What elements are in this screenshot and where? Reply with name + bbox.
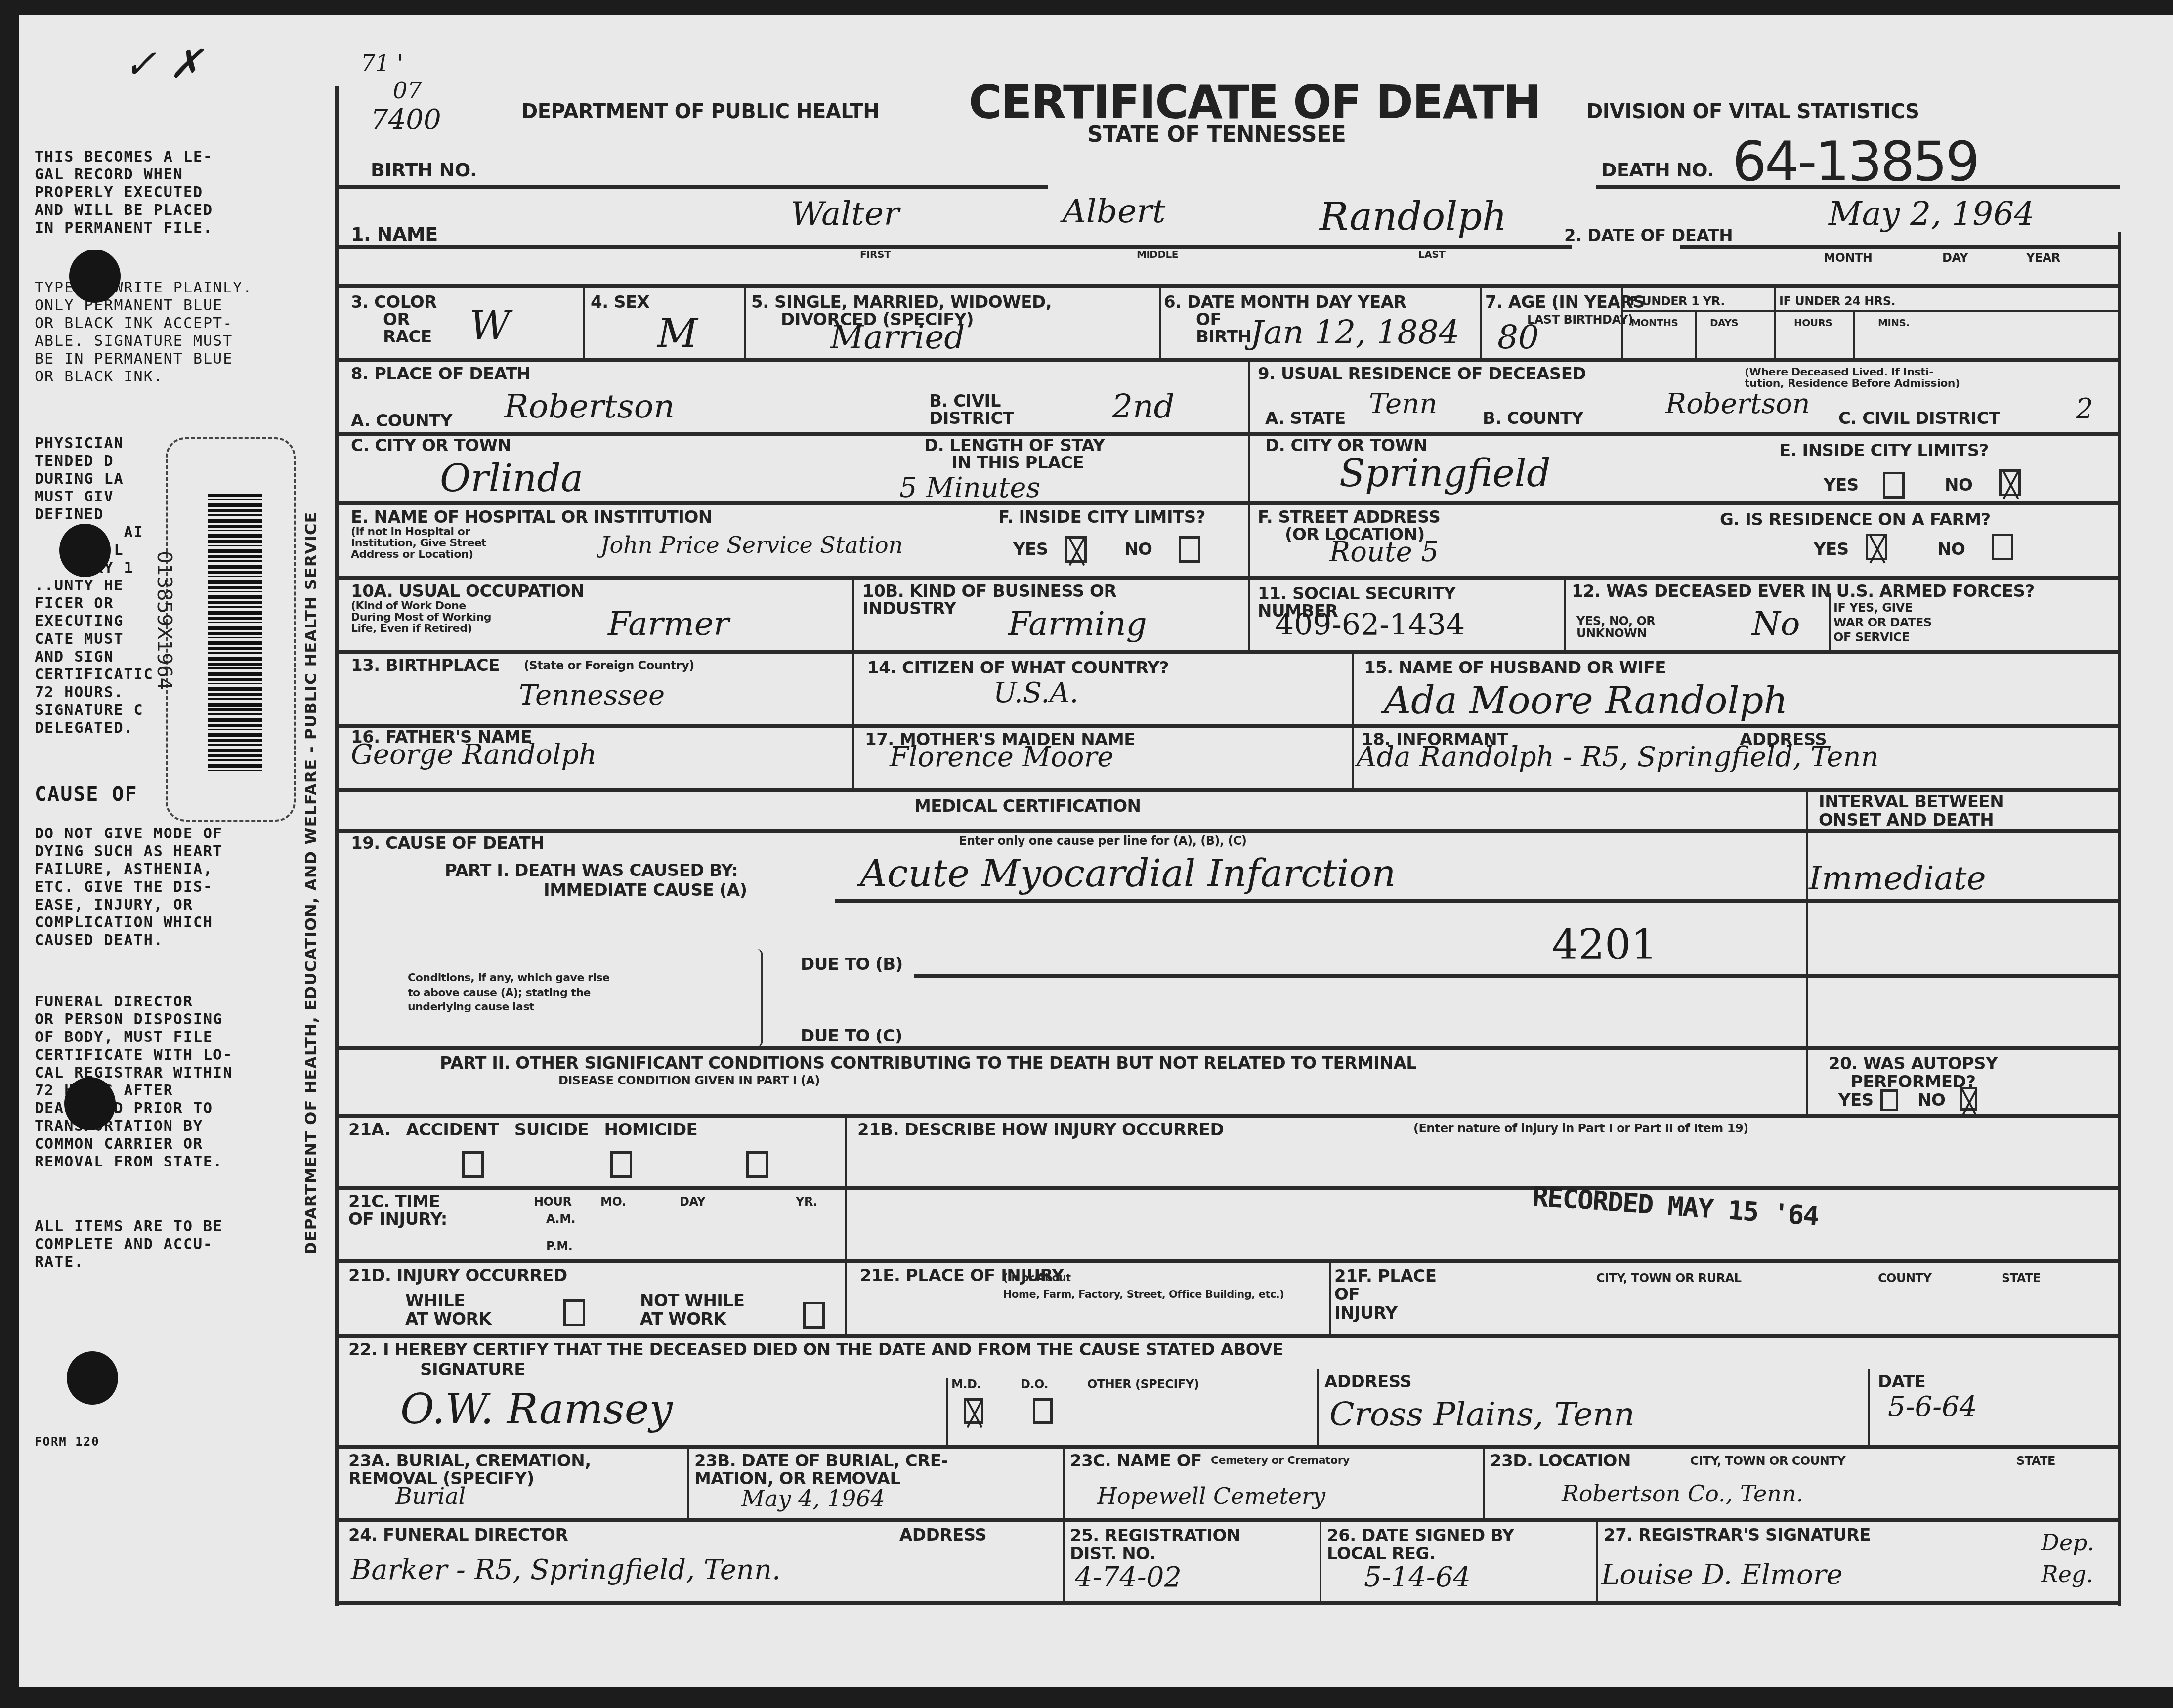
- death-city: Orlinda: [440, 459, 583, 497]
- birthplace: Tennessee: [519, 682, 665, 709]
- punch-hole: [59, 524, 111, 577]
- registrar-signature: Louise D. Elmore: [1601, 1561, 1843, 1589]
- divider: [1853, 311, 1855, 361]
- suicide-checkbox[interactable]: [610, 1151, 632, 1178]
- cemetery-note: Cemetery or Crematory: [1211, 1455, 1350, 1466]
- injury-occurred-label: 21D. INJURY OCCURRED: [348, 1267, 567, 1285]
- autopsy-no-checkbox[interactable]: [1960, 1087, 1977, 1111]
- funeral-director-label: 24. FUNERAL DIRECTOR: [348, 1527, 568, 1544]
- usual-residence-label: 9. USUAL RESIDENCE OF DECEASED: [1258, 366, 1586, 383]
- barcode-number: 013859X1964: [153, 551, 175, 690]
- rule: [336, 1114, 2120, 1118]
- divider: [1774, 287, 1776, 361]
- hospital-label: E. NAME OF HOSPITAL OR INSTITUTION: [351, 509, 712, 527]
- conditions-note: Conditions, if any, which gave rise to a…: [408, 971, 609, 1015]
- inside-city-label: F. INSIDE CITY LIMITS?: [998, 509, 1205, 527]
- birth-date-birth: BIRTH: [1196, 329, 1251, 346]
- while-at-work-checkbox[interactable]: [563, 1299, 585, 1326]
- citizen-label: 14. CITIZEN OF WHAT COUNTRY?: [867, 660, 1169, 677]
- birth-date-label: 6. DATE MONTH DAY YEAR: [1164, 294, 1406, 312]
- color-label-3: RACE: [383, 329, 432, 346]
- month-label: MONTH: [1824, 252, 1872, 264]
- punch-hole: [67, 1351, 118, 1405]
- death-no-label: DEATH NO.: [1601, 161, 1714, 180]
- do-label: D.O.: [1021, 1378, 1048, 1391]
- residence-civil-district-label: C. CIVIL DISTRICT: [1838, 410, 2000, 428]
- location-state-label: STATE: [2016, 1455, 2055, 1467]
- marital-label-1: 5. SINGLE, MARRIED, WIDOWED,: [751, 294, 1052, 312]
- legal-record-notice: THIS BECOMES A LE- GAL RECORD WHEN PROPE…: [35, 148, 213, 237]
- civil-district-label-1: B. CIVIL: [929, 393, 1001, 411]
- rule: [336, 245, 1572, 249]
- middle-label: MIDDLE: [1137, 250, 1178, 260]
- father-name: George Randolph: [351, 741, 597, 769]
- divider: [1483, 1448, 1485, 1521]
- divider: [1806, 1047, 1808, 1117]
- armed-forces-value: No: [1752, 608, 1800, 640]
- handwritten-check-mark: ✓ ✗: [124, 44, 203, 84]
- divider: [687, 1448, 689, 1521]
- rule: [336, 788, 2120, 792]
- bracket: [756, 949, 763, 1047]
- divider: [744, 287, 746, 361]
- last-name: Randolph: [1320, 198, 1507, 236]
- state-label: STATE OF TENNESSEE: [1087, 124, 1346, 146]
- year-label: YEAR: [2026, 252, 2060, 264]
- rule: [336, 1186, 2120, 1190]
- registration-dist: 4-74-02: [1075, 1564, 1182, 1591]
- place-of-injury-f-label: 21F. PLACE OF INJURY: [1334, 1267, 1436, 1323]
- rule: [336, 1518, 2120, 1522]
- residence-inside-no-checkbox[interactable]: [1999, 469, 2021, 496]
- farm-yes-checkbox[interactable]: [1866, 534, 1887, 560]
- cause-of-heading: CAUSE OF: [35, 786, 138, 803]
- disposition-label: 23A. BURIAL, CREMATION, REMOVAL (SPECIFY…: [348, 1453, 591, 1488]
- md-label: M.D.: [951, 1378, 981, 1391]
- divider: [1320, 1521, 1321, 1605]
- hour-label: HOUR: [534, 1196, 571, 1208]
- punch-hole: [64, 1077, 116, 1130]
- rule: [336, 576, 2120, 580]
- certifier-address-label: ADDRESS: [1324, 1374, 1411, 1391]
- injury-description-note: (Enter nature of injury in Part I or Par…: [1413, 1123, 1748, 1135]
- interval-a: Immediate: [1809, 862, 1986, 895]
- armed-forces-sublabel: YES, NO, OR UNKNOWN: [1576, 615, 1655, 640]
- handwritten-mark-2: 07: [393, 79, 422, 102]
- divider: [1868, 1369, 1870, 1448]
- rule: [336, 1046, 2120, 1050]
- under-1yr-label: IF UNDER 1 YR.: [1626, 295, 1725, 308]
- ink-notice: TYPE OR WRITE PLAINLY. ONLY PERMANENT BL…: [35, 279, 253, 386]
- color-value: W: [469, 306, 510, 346]
- death-number: 64-13859: [1732, 133, 1978, 191]
- months-label: MONTHS: [1631, 318, 1678, 328]
- funeral-director-address-label: ADDRESS: [899, 1527, 986, 1544]
- day-label: DAY: [1942, 252, 1968, 264]
- am-label: A.M.: [546, 1213, 575, 1225]
- funeral-director-notice: FUNERAL DIRECTOR OR PERSON DISPOSING OF …: [35, 993, 233, 1171]
- form-left-border: [335, 86, 339, 1606]
- burial-date-label: 23B. DATE OF BURIAL, CRE- MATION, OR REM…: [694, 1453, 948, 1488]
- part1-label-1: PART I. DEATH WAS CAUSED BY:: [445, 862, 738, 880]
- handwritten-mark-1: 71 ': [361, 52, 403, 75]
- farm-no-label: NO: [1937, 541, 1965, 559]
- cause-code: 4201: [1552, 924, 1658, 965]
- ssn-label-1: 11. SOCIAL SECURITY: [1258, 585, 1455, 603]
- signature-label: SIGNATURE: [420, 1361, 525, 1379]
- day-label-21c: DAY: [680, 1196, 705, 1208]
- mins-label: MINS.: [1878, 318, 1910, 328]
- residence-county: Robertson: [1665, 390, 1810, 418]
- color-label-1: 3. COLOR: [351, 294, 437, 312]
- other-specify-label: OTHER (SPECIFY): [1087, 1378, 1199, 1391]
- handwritten-mark-3: 7400: [371, 106, 441, 134]
- date-of-death-label: 2. DATE OF DEATH: [1564, 227, 1733, 245]
- location-label: 23D. LOCATION: [1490, 1453, 1631, 1470]
- while-at-work-label: WHILE AT WORK: [405, 1292, 491, 1329]
- armed-forces-label: 12. WAS DECEASED EVER IN U.S. ARMED FORC…: [1572, 583, 2035, 601]
- farm-no-checkbox[interactable]: [1992, 534, 2013, 560]
- color-label-2: OR: [383, 311, 410, 329]
- interval-label: INTERVAL BETWEEN ONSET AND DEATH: [1819, 793, 2003, 830]
- divider: [852, 578, 854, 791]
- pm-label: P.M.: [546, 1240, 572, 1252]
- business-label-1: 10B. KIND OF BUSINESS OR: [862, 583, 1116, 601]
- registrar-signature-label: 27. REGISTRAR'S SIGNATURE: [1604, 1527, 1871, 1544]
- occupation-label: 10A. USUAL OCCUPATION: [351, 583, 584, 601]
- first-name: Walter: [791, 198, 899, 230]
- marital-value: Married: [830, 321, 965, 354]
- length-of-stay-label-1: D. LENGTH OF STAY: [924, 437, 1105, 455]
- sex-value: M: [657, 314, 698, 353]
- do-checkbox[interactable]: [1033, 1398, 1053, 1424]
- injury-description-label: 21B. DESCRIBE HOW INJURY OCCURRED: [857, 1122, 1224, 1139]
- county-label: A. COUNTY: [351, 413, 452, 430]
- manner-label: 21A. ACCIDENT SUICIDE HOMICIDE: [348, 1122, 697, 1139]
- citizenship: U.S.A.: [993, 679, 1078, 707]
- length-of-stay-label-2: IN THIS PLACE: [951, 455, 1084, 472]
- mother-name: Florence Moore: [890, 744, 1113, 771]
- residence-city: Springfield: [1339, 455, 1551, 492]
- usual-residence-note: (Where Deceased Lived. If Insti- tution,…: [1745, 367, 1960, 389]
- part2-label: PART II. OTHER SIGNIFICANT CONDITIONS CO…: [440, 1055, 1416, 1073]
- due-to-c-label: DUE TO (C): [801, 1028, 902, 1045]
- sex-label: 4. SEX: [591, 294, 649, 312]
- rule: [914, 974, 2120, 978]
- first-label: FIRST: [860, 250, 891, 260]
- cemetery-label: 23C. NAME OF: [1070, 1453, 1202, 1470]
- injury-state-label: STATE: [2002, 1272, 2041, 1285]
- divider: [1248, 361, 1250, 578]
- birth-no-label: BIRTH NO.: [371, 161, 477, 180]
- time-of-injury-label: 21C. TIME OF INJURY:: [348, 1193, 447, 1228]
- last-label: LAST: [1418, 250, 1445, 260]
- birthplace-note: (State or Foreign Country): [524, 660, 694, 672]
- rule: [336, 1334, 2120, 1338]
- death-city-label: C. CITY OR TOWN: [351, 437, 511, 455]
- divider: [946, 1378, 948, 1448]
- injury-city-label: CITY, TOWN OR RURAL: [1596, 1272, 1742, 1285]
- divider: [1564, 578, 1566, 652]
- location-city-label: CITY, TOWN OR COUNTY: [1690, 1455, 1845, 1467]
- physician-signature: O.W. Ramsey: [400, 1388, 673, 1430]
- injury-county-label: COUNTY: [1878, 1272, 1931, 1285]
- age-label-2: LAST BIRTHDAY): [1527, 314, 1633, 326]
- not-while-at-work-label: NOT WHILE AT WORK: [640, 1292, 744, 1329]
- residence-inside-yes-label: YES: [1824, 477, 1859, 495]
- business: Farming: [1008, 608, 1147, 640]
- informant: Ada Randolph - R5, Springfield, Tenn: [1357, 744, 1879, 771]
- inside-city-yes-checkbox[interactable]: [1065, 536, 1087, 563]
- divider: [1317, 1369, 1319, 1448]
- rule: [336, 724, 2120, 728]
- days-label: DAYS: [1710, 318, 1738, 328]
- residence-inside-city-label: E. INSIDE CITY LIMITS?: [1779, 442, 1989, 460]
- certificate-title: CERTIFICATE OF DEATH: [969, 79, 1540, 127]
- all-items-notice: ALL ITEMS ARE TO BE COMPLETE AND ACCU- R…: [35, 1218, 223, 1271]
- registration-dist-label: 25. REGISTRATION DIST. NO.: [1070, 1527, 1240, 1564]
- residence-state: Tenn: [1369, 390, 1437, 418]
- place-of-injury-note: (In or About Home, Farm, Factory, Street…: [860, 1270, 1284, 1303]
- divider: [1329, 1261, 1331, 1337]
- rule: [1621, 310, 2120, 312]
- cause-of-death-label: 19. CAUSE OF DEATH: [351, 835, 544, 853]
- autopsy-label: 20. WAS AUTOPSY PERFORMED?: [1829, 1055, 1998, 1092]
- divider: [1159, 287, 1161, 361]
- autopsy-yes-checkbox[interactable]: [1880, 1089, 1898, 1111]
- punch-hole: [69, 250, 121, 303]
- residence-state-label: A. STATE: [1265, 410, 1346, 428]
- divider: [845, 1117, 847, 1336]
- rule: [336, 1601, 2120, 1605]
- cause-instruction: Enter only one cause per line for (A), (…: [959, 835, 1247, 847]
- not-while-at-work-checkbox[interactable]: [803, 1302, 825, 1329]
- date-signed-label: 26. DATE SIGNED BY LOCAL REG.: [1327, 1527, 1514, 1564]
- cemetery: Hopewell Cemetery: [1097, 1485, 1325, 1507]
- divider: [1621, 287, 1623, 361]
- date-of-death: May 2, 1964: [1829, 198, 2035, 230]
- hospital-value: John Price Service Station: [600, 534, 903, 556]
- funeral-director: Barker - R5, Springfield, Tenn.: [351, 1556, 781, 1584]
- physician-notice: PHYSICIAN TENDED D DURING LA MUST GIV DE…: [35, 435, 154, 737]
- farm-yes-label: YES: [1814, 541, 1849, 559]
- inside-city-no-checkbox[interactable]: [1179, 536, 1200, 563]
- rule: [336, 1259, 2120, 1263]
- birthplace-label: 13. BIRTHPLACE: [351, 657, 500, 675]
- street-address: Route 5: [1329, 539, 1439, 566]
- registrar-suffix: Dep. Reg.: [2041, 1527, 2110, 1590]
- autopsy-yes-label: YES: [1838, 1092, 1874, 1110]
- date-signed: 5-14-64: [1364, 1564, 1471, 1591]
- birth-date-of: OF: [1196, 311, 1221, 329]
- md-checkbox[interactable]: [964, 1398, 983, 1424]
- cause-notice: DO NOT GIVE MODE OF DYING SUCH AS HEART …: [35, 825, 223, 950]
- street-address-label-1: F. STREET ADDRESS: [1258, 509, 1440, 527]
- farm-label: G. IS RESIDENCE ON A FARM?: [1720, 511, 1991, 529]
- divider: [1352, 726, 1354, 791]
- certifier-address: Cross Plains, Tenn: [1329, 1398, 1635, 1431]
- divider: [1829, 593, 1831, 652]
- certify-label: 22. I HEREBY CERTIFY THAT THE DECEASED D…: [348, 1341, 1283, 1359]
- inside-city-yes-label: YES: [1013, 541, 1048, 559]
- spouse-label: 15. NAME OF HUSBAND OR WIFE: [1364, 660, 1666, 677]
- part1-label-2: IMMEDIATE CAUSE (A): [544, 882, 747, 900]
- rule: [336, 829, 2120, 833]
- rule: [336, 650, 2120, 654]
- rule: [336, 358, 2120, 362]
- spouse-name: Ada Moore Randolph: [1384, 682, 1788, 719]
- cert-date: 5-6-64: [1888, 1393, 1977, 1421]
- ssn: 409-62-1434: [1275, 610, 1465, 640]
- rule: [336, 185, 1048, 189]
- residence-inside-yes-checkbox[interactable]: [1883, 472, 1905, 499]
- cause-a: Acute Myocardial Infarction: [860, 855, 1396, 892]
- rule: [336, 284, 2120, 288]
- death-county: Robertson: [504, 390, 675, 423]
- residence-county-label: B. COUNTY: [1483, 410, 1583, 428]
- divider: [583, 287, 585, 361]
- homicide-checkbox[interactable]: [746, 1151, 768, 1178]
- occupation-note: (Kind of Work Done During Most of Workin…: [351, 600, 491, 634]
- barcode: [208, 494, 262, 771]
- mo-label: MO.: [600, 1196, 626, 1208]
- under-24hrs-label: IF UNDER 24 HRS.: [1779, 295, 1895, 308]
- divider: [1596, 1521, 1598, 1605]
- autopsy-no-label: NO: [1917, 1092, 1945, 1110]
- occupation: Farmer: [608, 608, 729, 640]
- vertical-department-text: DEPARTMENT OF HEALTH, EDUCATION, AND WEL…: [301, 512, 320, 1255]
- length-of-stay: 5 Minutes: [899, 474, 1040, 502]
- divider: [1352, 652, 1354, 726]
- inside-city-no-label: NO: [1124, 541, 1152, 559]
- divider: [1063, 1448, 1065, 1521]
- accident-checkbox[interactable]: [462, 1151, 484, 1178]
- rule: [835, 899, 2120, 903]
- age-value: 80: [1497, 321, 1539, 354]
- rule: [336, 1445, 2120, 1449]
- place-of-death-label: 8. PLACE OF DEATH: [351, 366, 531, 383]
- hours-label: HOURS: [1794, 318, 1832, 328]
- form-number: FORM 120: [35, 1433, 100, 1451]
- rule: [336, 432, 2120, 436]
- medical-certification-heading: MEDICAL CERTIFICATION: [914, 798, 1141, 816]
- business-label-2: INDUSTRY: [862, 600, 956, 618]
- department-label: DEPARTMENT OF PUBLIC HEALTH: [521, 101, 879, 122]
- divider: [1695, 311, 1697, 361]
- part2-label-2: DISEASE CONDITION GIVEN IN PART I (A): [558, 1075, 820, 1087]
- armed-forces-if-yes-label: IF YES, GIVE WAR OR DATES OF SERVICE: [1833, 600, 1932, 645]
- hospital-note: (If not in Hospital or Institution, Give…: [351, 526, 486, 560]
- form-right-border: [2118, 232, 2121, 1606]
- division-label: DIVISION OF VITAL STATISTICS: [1586, 101, 1919, 122]
- birth-date: Jan 12, 1884: [1250, 316, 1459, 349]
- divider: [1063, 1521, 1065, 1605]
- rule: [1596, 185, 2120, 189]
- burial-location: Robertson Co., Tenn.: [1562, 1482, 1803, 1505]
- burial-date: May 4, 1964: [741, 1487, 885, 1510]
- middle-name: Albert: [1063, 195, 1165, 228]
- rule: [336, 501, 2120, 505]
- disposition: Burial: [395, 1485, 466, 1507]
- residence-inside-no-label: NO: [1945, 477, 1972, 495]
- name-label: 1. NAME: [351, 225, 438, 245]
- death-civil-district: 2nd: [1112, 390, 1175, 423]
- due-to-b-label: DUE TO (B): [801, 956, 903, 974]
- cert-date-label: DATE: [1878, 1374, 1925, 1391]
- divider: [1480, 287, 1482, 361]
- rule: [1680, 245, 2120, 249]
- divider: [1248, 578, 1250, 652]
- yr-label: YR.: [796, 1196, 817, 1208]
- civil-district-label-2: DISTRICT: [929, 410, 1014, 428]
- residence-civil-district: 2: [2076, 395, 2093, 423]
